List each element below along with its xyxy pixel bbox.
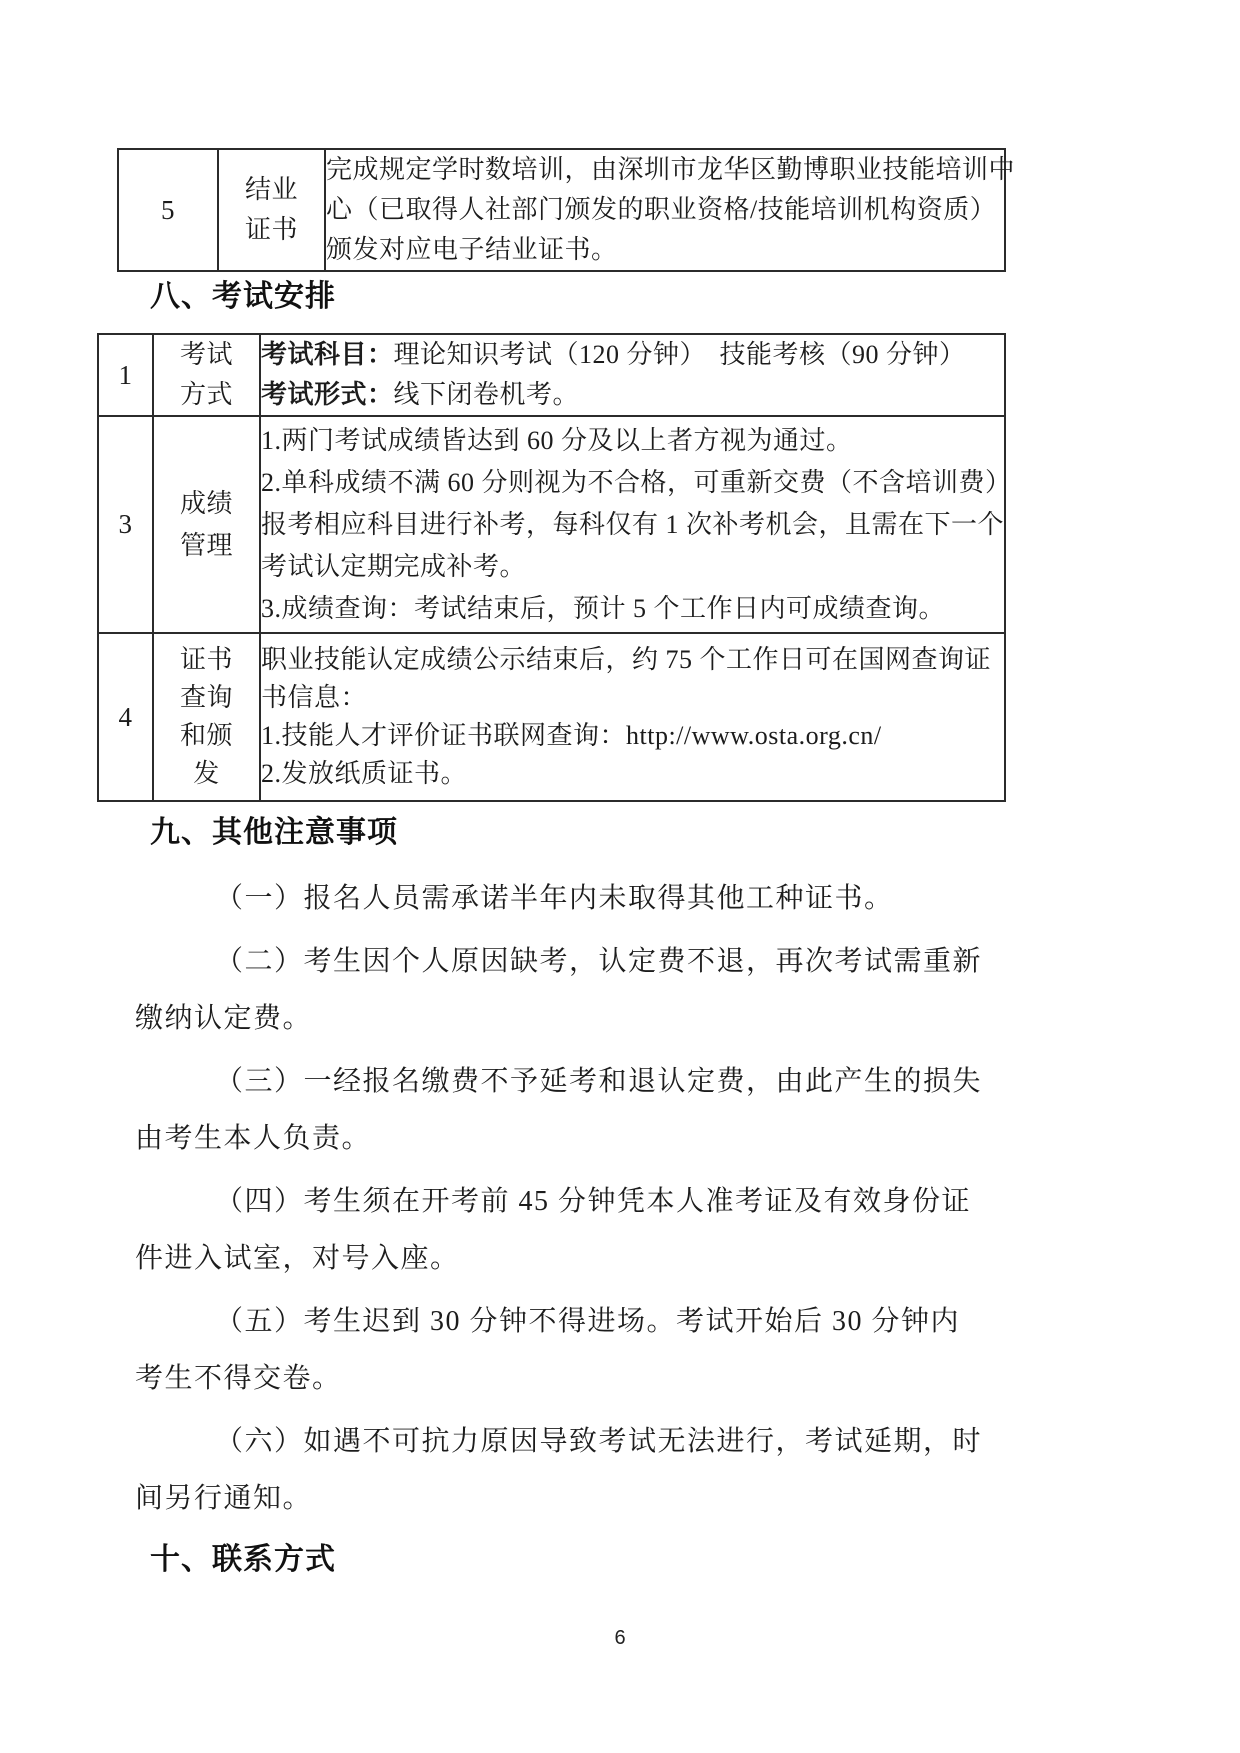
content-line: 3.成绩查询：考试结束后，预计 5 个工作日内可成绩查询。 <box>261 588 1004 630</box>
completion-certificate-table: 5 结业 证书 完成规定学时数培训，由深圳市龙华区勤博职业技能培训中 心（已取得… <box>117 148 1006 272</box>
content-line: 职业技能认定成绩公示结束后，约 75 个工作日可在国网查询证 <box>261 641 1004 679</box>
label-text: 理论知识考试（120 分钟） 技能考核（90 分钟） <box>394 340 966 369</box>
note-line: （二）考生因个人原因缺考，认定费不退，再次考试需重新 <box>135 933 1025 990</box>
note-paragraph-2: （二）考生因个人原因缺考，认定费不退，再次考试需重新 缴纳认定费。 <box>135 933 1025 1047</box>
content-line: 2.单科成绩不满 60 分则视为不合格，可重新交费（不含培训费） <box>261 462 1004 504</box>
content-line: 考试科目：理论知识考试（120 分钟） 技能考核（90 分钟） <box>261 335 1004 375</box>
exam-method-row: 1 考试 方式 考试科目：理论知识考试（120 分钟） 技能考核（90 分钟） … <box>98 334 1005 416</box>
note-line: 由考生本人负责。 <box>135 1110 1025 1167</box>
title-line: 和颁 <box>154 717 259 755</box>
score-management-row: 3 成绩 管理 1.两门考试成绩皆达到 60 分及以上者方视为通过。 2.单科成… <box>98 416 1005 633</box>
page-number: 6 <box>0 1624 1240 1652</box>
title-line: 证书 <box>154 641 259 679</box>
table-row: 5 结业 证书 完成规定学时数培训，由深圳市龙华区勤博职业技能培训中 心（已取得… <box>118 149 1005 271</box>
section-9-heading: 九、其他注意事项 <box>150 815 398 851</box>
note-line: （六）如遇不可抗力原因导致考试无法进行，考试延期，时 <box>135 1413 1025 1470</box>
row-title-cell: 结业 证书 <box>218 149 325 271</box>
exam-arrangement-table: 1 考试 方式 考试科目：理论知识考试（120 分钟） 技能考核（90 分钟） … <box>97 333 1006 802</box>
note-paragraph-4: （四）考生须在开考前 45 分钟凭本人准考证及有效身份证 件进入试室，对号入座。 <box>135 1173 1025 1287</box>
row-title-cell: 考试 方式 <box>153 334 260 416</box>
row-content-cell: 1.两门考试成绩皆达到 60 分及以上者方视为通过。 2.单科成绩不满 60 分… <box>260 416 1005 633</box>
title-line: 结业 <box>219 170 324 210</box>
note-line: （一）报名人员需承诺半年内未取得其他工种证书。 <box>135 870 1025 927</box>
title-line: 成绩 <box>154 483 259 525</box>
note-line: （三）一经报名缴费不予延考和退认定费，由此产生的损失 <box>135 1053 1025 1110</box>
note-paragraph-6: （六）如遇不可抗力原因导致考试无法进行，考试延期，时 间另行通知。 <box>135 1413 1025 1527</box>
bold-label: 考试形式： <box>261 380 394 409</box>
note-line: （四）考生须在开考前 45 分钟凭本人准考证及有效身份证 <box>135 1173 1025 1230</box>
row-number-cell: 4 <box>98 633 153 801</box>
certificate-query-row: 4 证书 查询 和颁 发 职业技能认定成绩公示结束后，约 75 个工作日可在国网… <box>98 633 1005 801</box>
content-line: 考试形式：线下闭卷机考。 <box>261 375 1004 415</box>
content-line certificate-query-url: 1.技能人才评价证书联网查询：http://www.osta.org.cn/ <box>261 717 1004 755</box>
title-line: 方式 <box>154 375 259 415</box>
row-content-cell: 职业技能认定成绩公示结束后，约 75 个工作日可在国网查询证 书信息： 1.技能… <box>260 633 1005 801</box>
content-line: 颁发对应电子结业证书。 <box>326 230 1004 270</box>
title-line: 发 <box>154 755 259 793</box>
note-line: 考生不得交卷。 <box>135 1350 1025 1407</box>
bold-label: 考试科目： <box>261 340 394 369</box>
section-10-heading: 十、联系方式 <box>150 1542 336 1578</box>
content-line: 1.两门考试成绩皆达到 60 分及以上者方视为通过。 <box>261 420 1004 462</box>
note-paragraph-1: （一）报名人员需承诺半年内未取得其他工种证书。 <box>135 870 1025 927</box>
content-line: 报考相应科目进行补考，每科仅有 1 次补考机会，且需在下一个 <box>261 504 1004 546</box>
label-text: 线下闭卷机考。 <box>394 380 580 409</box>
row-number-cell: 1 <box>98 334 153 416</box>
title-line: 证书 <box>219 210 324 250</box>
note-line: （五）考生迟到 30 分钟不得进场。考试开始后 30 分钟内 <box>135 1293 1025 1350</box>
row-title-cell: 证书 查询 和颁 发 <box>153 633 260 801</box>
note-paragraph-5: （五）考生迟到 30 分钟不得进场。考试开始后 30 分钟内 考生不得交卷。 <box>135 1293 1025 1407</box>
content-line: 完成规定学时数培训，由深圳市龙华区勤博职业技能培训中 <box>326 150 1004 190</box>
note-line: 间另行通知。 <box>135 1470 1025 1527</box>
row-content-cell: 完成规定学时数培训，由深圳市龙华区勤博职业技能培训中 心（已取得人社部门颁发的职… <box>325 149 1005 271</box>
note-line: 缴纳认定费。 <box>135 990 1025 1047</box>
content-line: 书信息： <box>261 679 1004 717</box>
content-line: 考试认定期完成补考。 <box>261 546 1004 588</box>
title-line: 查询 <box>154 679 259 717</box>
row-number-cell: 5 <box>118 149 218 271</box>
row-number-cell: 3 <box>98 416 153 633</box>
content-line: 2.发放纸质证书。 <box>261 755 1004 793</box>
note-line: 件进入试室，对号入座。 <box>135 1230 1025 1287</box>
document-page: 5 结业 证书 完成规定学时数培训，由深圳市龙华区勤博职业技能培训中 心（已取得… <box>0 0 1240 1753</box>
notes-paragraphs: （一）报名人员需承诺半年内未取得其他工种证书。 （二）考生因个人原因缺考，认定费… <box>135 870 1025 1533</box>
content-line: 心（已取得人社部门颁发的职业资格/技能培训机构资质） <box>326 190 1004 230</box>
row-content-cell: 考试科目：理论知识考试（120 分钟） 技能考核（90 分钟） 考试形式：线下闭… <box>260 334 1005 416</box>
title-line: 管理 <box>154 525 259 567</box>
title-line: 考试 <box>154 335 259 375</box>
row-title-cell: 成绩 管理 <box>153 416 260 633</box>
note-paragraph-3: （三）一经报名缴费不予延考和退认定费，由此产生的损失 由考生本人负责。 <box>135 1053 1025 1167</box>
section-8-heading: 八、考试安排 <box>150 279 336 315</box>
